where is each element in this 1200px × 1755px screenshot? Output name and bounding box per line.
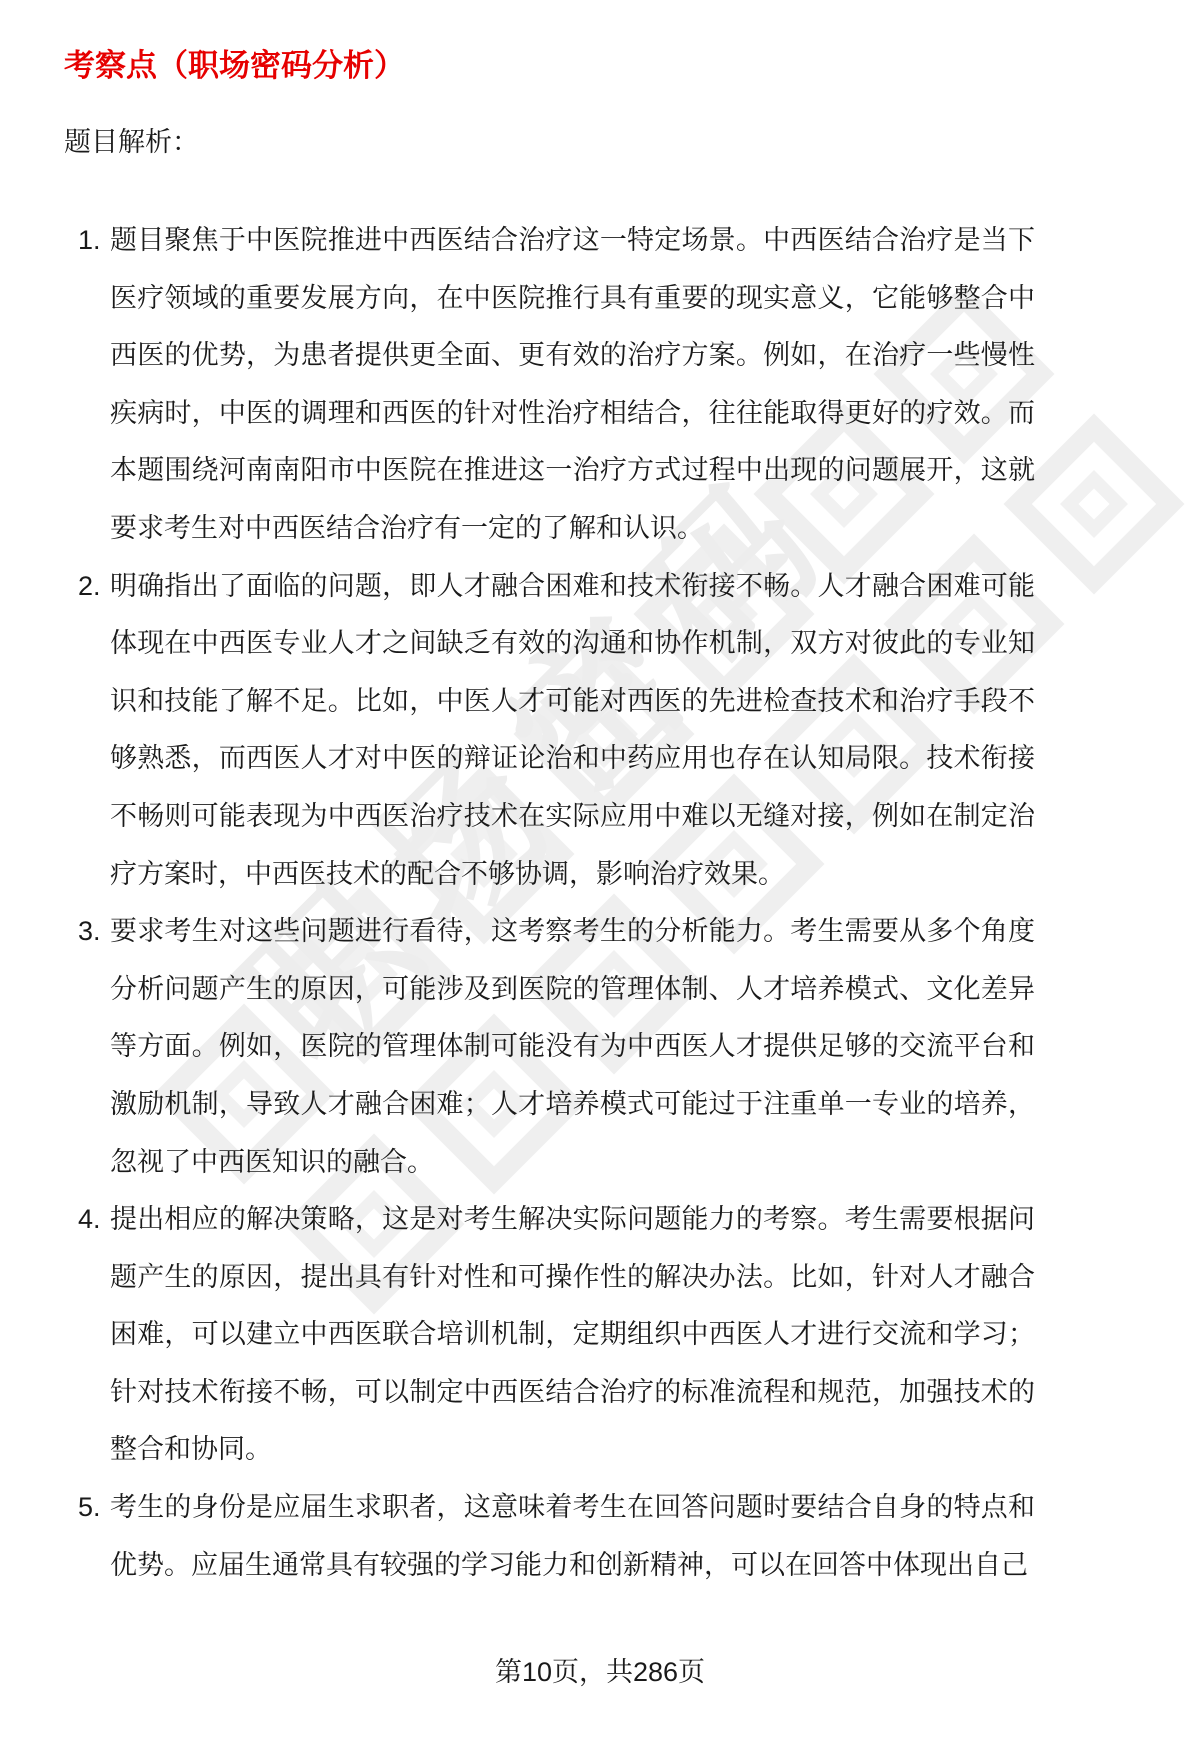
analysis-list: 1. 题目聚焦于中医院推进中西医结合治疗这一特定场景。中西医结合治疗是当下医疗领… — [0, 212, 1200, 1594]
list-item-number: 5. — [78, 1479, 110, 1594]
list-item-text: 要求考生对这些问题进行看待，这考察考生的分析能力。考生需要从多个角度分析问题产生… — [110, 903, 1035, 1191]
section-heading: 考察点（职场密码分析） — [0, 0, 1200, 86]
list-item-number: 1. — [78, 212, 110, 558]
list-item: 5. 考生的身份是应届生求职者，这意味着考生在回答问题时要结合自身的特点和优势。… — [0, 1479, 1200, 1594]
list-item: 1. 题目聚焦于中医院推进中西医结合治疗这一特定场景。中西医结合治疗是当下医疗领… — [0, 212, 1200, 558]
list-item-text: 考生的身份是应届生求职者，这意味着考生在回答问题时要结合自身的特点和优势。应届生… — [110, 1479, 1035, 1594]
list-item-text: 明确指出了面临的问题，即人才融合困难和技术衔接不畅。人才融合困难可能体现在中西医… — [110, 558, 1035, 904]
list-item-text: 提出相应的解决策略，这是对考生解决实际问题能力的考察。考生需要根据问题产生的原因… — [110, 1191, 1035, 1479]
list-item: 2. 明确指出了面临的问题，即人才融合困难和技术衔接不畅。人才融合困难可能体现在… — [0, 558, 1200, 904]
list-item-text: 题目聚焦于中医院推进中西医结合治疗这一特定场景。中西医结合治疗是当下医疗领域的重… — [110, 212, 1035, 558]
analysis-label: 题目解析： — [0, 122, 1200, 162]
page-content: 考察点（职场密码分析） 题目解析： 1. 题目聚焦于中医院推进中西医结合治疗这一… — [0, 0, 1200, 1692]
list-item-number: 2. — [78, 558, 110, 904]
list-item: 4. 提出相应的解决策略，这是对考生解决实际问题能力的考察。考生需要根据问题产生… — [0, 1191, 1200, 1479]
list-item-number: 3. — [78, 903, 110, 1191]
list-item: 3. 要求考生对这些问题进行看待，这考察考生的分析能力。考生需要从多个角度分析问… — [0, 903, 1200, 1191]
page-footer: 第10页，共286页 — [0, 1652, 1200, 1692]
list-item-number: 4. — [78, 1191, 110, 1479]
document-page: 职场密码 考察点（职场密码分析） 题目解析： 1. 题目聚焦于中医院推进中西医结… — [0, 0, 1200, 1755]
